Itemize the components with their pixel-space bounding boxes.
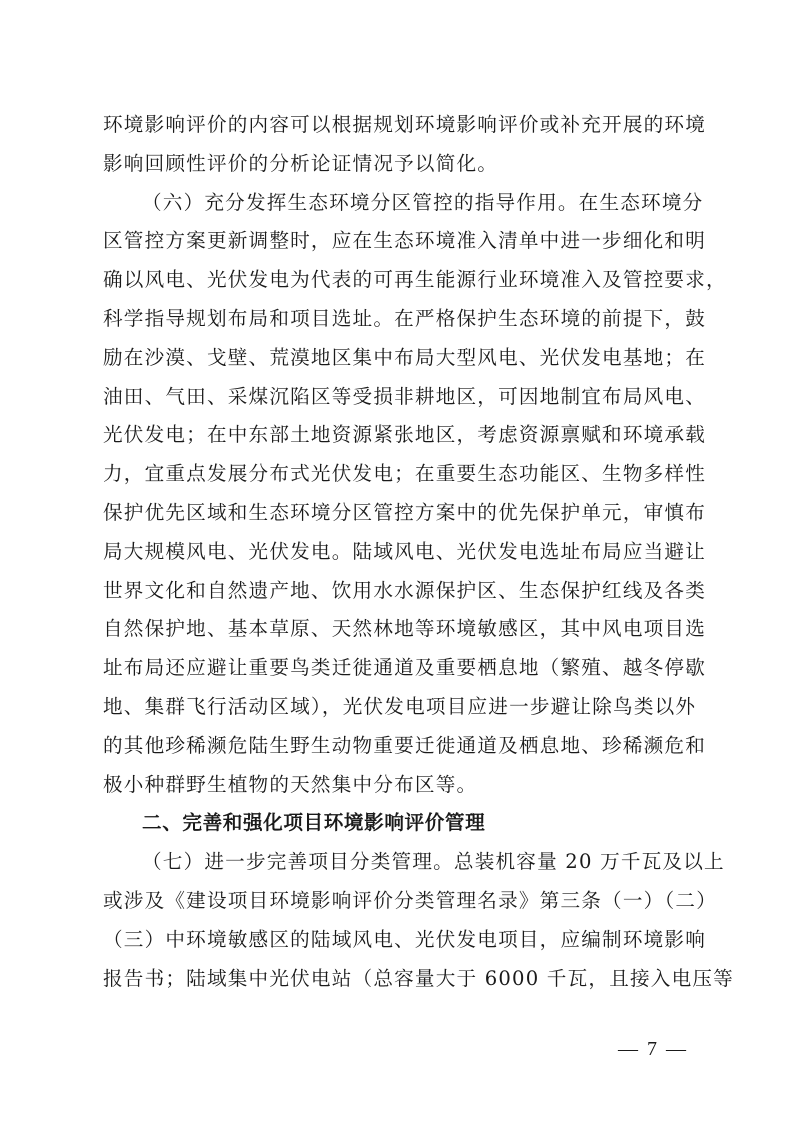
text-line: 报告书；陆域集中光伏电站（总容量大于 6000 千瓦，且接入电压等 bbox=[103, 960, 693, 999]
page-number: — 7 — bbox=[618, 1038, 688, 1061]
text-line: 励在沙漠、戈壁、荒漠地区集中布局大型风电、光伏发电基地；在 bbox=[103, 339, 693, 378]
text-line: 光伏发电；在中东部土地资源紧张地区，考虑资源禀赋和环境承载 bbox=[103, 416, 693, 455]
paragraph-start-line: （七）进一步完善项目分类管理。总装机容量 20 万千瓦及以上 bbox=[103, 843, 693, 882]
text-line: 世界文化和自然遗产地、饮用水水源保护区、生态保护红线及各类 bbox=[103, 572, 693, 611]
text-line: 址布局还应避让重要鸟类迁徙通道及重要栖息地（繁殖、越冬停歇 bbox=[103, 649, 693, 688]
text-line: 局大规模风电、光伏发电。陆域风电、光伏发电选址布局应当避让 bbox=[103, 533, 693, 572]
text-line: 极小种群野生植物的天然集中分布区等。 bbox=[103, 766, 693, 805]
text-line: 区管控方案更新调整时，应在生态环境准入清单中进一步细化和明 bbox=[103, 222, 693, 261]
text-line: 力，宜重点发展分布式光伏发电；在重要生态功能区、生物多样性 bbox=[103, 455, 693, 494]
text-line: 或涉及《建设项目环境影响评价分类管理名录》第三条（一）（二） bbox=[103, 882, 693, 921]
text-line: 油田、气田、采煤沉陷区等受损非耕地区，可因地制宜布局风电、 bbox=[103, 378, 693, 417]
text-line: 的其他珍稀濒危陆生野生动物重要迁徙通道及栖息地、珍稀濒危和 bbox=[103, 727, 693, 766]
document-body: 环境影响评价的内容可以根据规划环境影响评价或补充开展的环境 影响回顾性评价的分析… bbox=[103, 106, 693, 998]
document-page: 环境影响评价的内容可以根据规划环境影响评价或补充开展的环境 影响回顾性评价的分析… bbox=[0, 0, 794, 1123]
text-line: 保护优先区域和生态环境分区管控方案中的优先保护单元，审慎布 bbox=[103, 494, 693, 533]
text-line: 科学指导规划布局和项目选址。在严格保护生态环境的前提下，鼓 bbox=[103, 300, 693, 339]
text-line: 影响回顾性评价的分析论证情况予以简化。 bbox=[103, 145, 693, 184]
text-line: （三）中环境敏感区的陆域风电、光伏发电项目，应编制环境影响 bbox=[103, 921, 693, 960]
text-line: 地、集群飞行活动区域），光伏发电项目应进一步避让除鸟类以外 bbox=[103, 688, 693, 727]
text-line: 自然保护地、基本草原、天然林地等环境敏感区，其中风电项目选 bbox=[103, 610, 693, 649]
section-heading: 二、完善和强化项目环境影响评价管理 bbox=[103, 804, 693, 843]
paragraph-start-line: （六）充分发挥生态环境分区管控的指导作用。在生态环境分 bbox=[103, 184, 693, 223]
text-line: 确以风电、光伏发电为代表的可再生能源行业环境准入及管控要求， bbox=[103, 261, 693, 300]
text-line: 环境影响评价的内容可以根据规划环境影响评价或补充开展的环境 bbox=[103, 106, 693, 145]
